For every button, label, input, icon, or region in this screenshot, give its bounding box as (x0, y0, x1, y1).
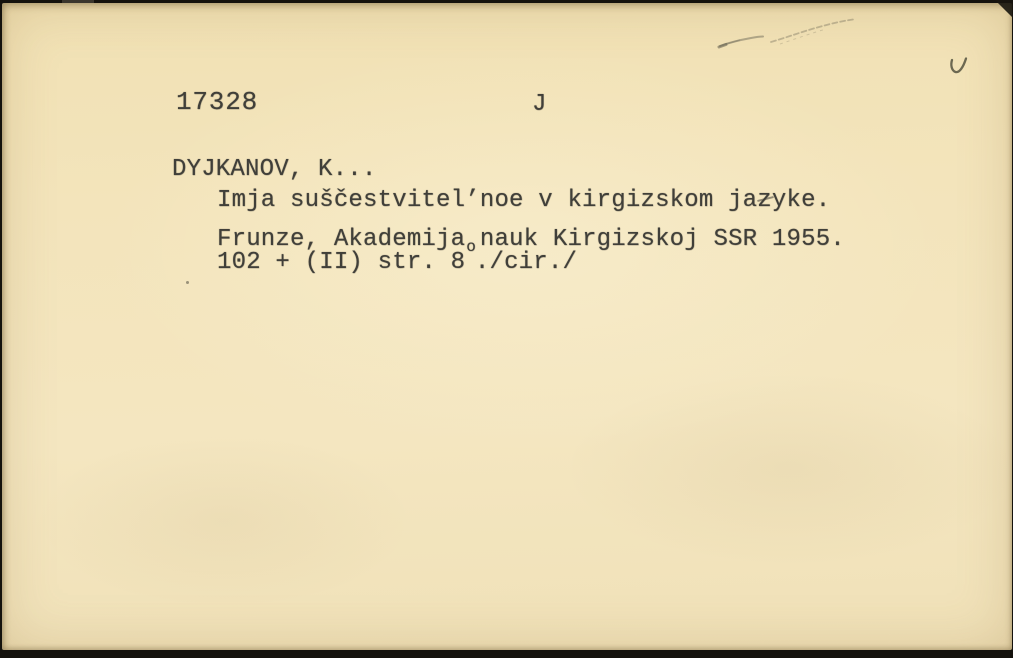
pencil-checkmark-icon (951, 59, 966, 73)
card-corner-shadow (991, 0, 1013, 18)
collation-prefix: 102 + (II) str. 8 (217, 249, 465, 276)
call-number: 17328 (176, 89, 258, 115)
collation-superscript: o (466, 238, 476, 256)
pencil-scribble-icon (719, 37, 763, 48)
author-heading: DYJKANOV, K... (172, 157, 376, 183)
pencil-marks-overlay (0, 0, 1013, 658)
section-letter: J (532, 92, 547, 118)
scan-edge-artifact (62, 0, 94, 3)
collation-line: 102 + (II) str. 8o./cir./ (217, 250, 577, 276)
scanned-catalog-card: 17328 J DYJKANOV, K... Imja suščestvitel… (0, 0, 1013, 658)
pencil-scribble-icon (771, 20, 853, 45)
card-content-layer: 17328 J DYJKANOV, K... Imja suščestvitel… (0, 0, 1013, 658)
title-line: Imja suščestvitel’noe v kirgizskom jazyk… (217, 188, 830, 214)
ink-speck (186, 281, 189, 284)
collation-suffix: ./cir./ (475, 249, 577, 276)
